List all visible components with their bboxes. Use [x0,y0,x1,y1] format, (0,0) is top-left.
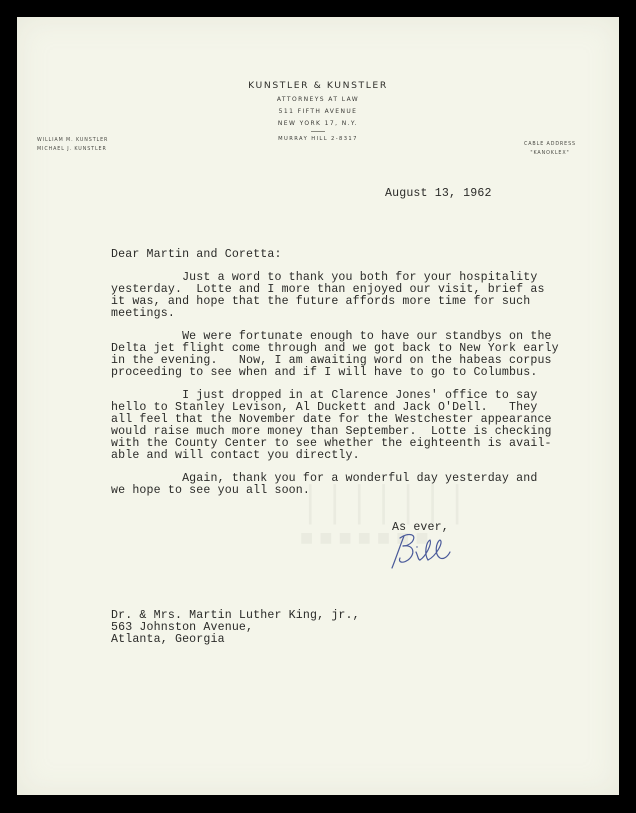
signature-bill: Bill [388,530,468,574]
body-paragraph: We were fortunate enough to have our sta… [111,331,559,379]
letter-date: August 13, 1962 [385,188,492,200]
recipient-address: Dr. & Mrs. Martin Luther King, jr., 563 … [111,610,360,646]
letterhead-divider [311,131,325,132]
paragraph-line: it was, and hope that the future affords… [111,296,545,308]
letterhead-street: 511 FIFTH AVENUE [0,108,636,115]
partner-name: MICHAEL J. KUNSTLER [37,145,108,154]
cable-address-label: CABLE ADDRESS [505,140,595,149]
body-paragraph: Again, thank you for a wonderful day yes… [111,473,537,497]
paragraph-line: we hope to see you all soon. [111,485,537,497]
letterhead-partners: WILLIAM M. KUNSTLER MICHAEL J. KUNSTLER [37,136,108,154]
salutation: Dear Martin and Coretta: [111,249,282,261]
body-paragraph: Just a word to thank you both for your h… [111,272,545,320]
letterhead-city: NEW YORK 17, N.Y. [0,120,636,127]
cable-address-value: "KANOKLEX" [505,149,595,158]
paragraph-line: meetings. [111,308,545,320]
paragraph-line: proceeding to see when and if I will hav… [111,367,559,379]
paragraph-line: able and will contact you directly. [111,450,552,462]
letterhead-firm-name: KUNSTLER & KUNSTLER [0,80,636,91]
letterhead-practice: ATTORNEYS AT LAW [0,96,636,103]
letterhead-cable: CABLE ADDRESS "KANOKLEX" [505,140,595,158]
body-paragraph: I just dropped in at Clarence Jones' off… [111,390,552,462]
address-line: Atlanta, Georgia [111,634,360,646]
partner-name: WILLIAM M. KUNSTLER [37,136,108,145]
